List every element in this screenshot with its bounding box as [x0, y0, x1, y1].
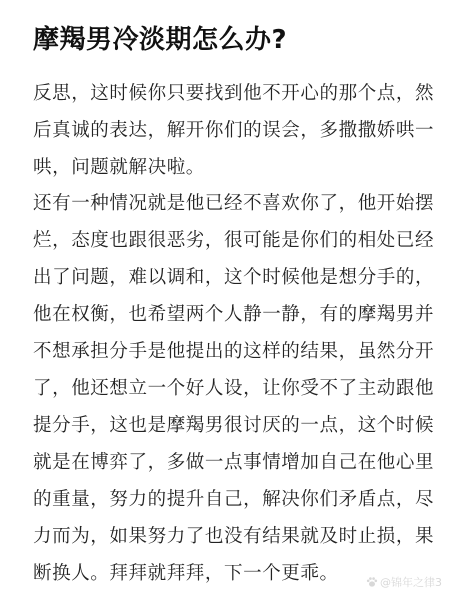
paw-icon: [366, 576, 378, 588]
paragraph-line: 反思，这时候你只要找到他不开心的那个点，然: [33, 75, 423, 112]
paragraph-line: 后真诚的表达，解开你们的误会，多撒撒娇哄一: [33, 112, 423, 149]
paragraph-line: 力而为，如果努力了也没有结果就及时止损，果: [33, 518, 423, 555]
paragraph-2: 还有一种情况就是他已经不喜欢你了，他开始摆 烂，态度也跟很恶劣，很可能是你们的相…: [33, 185, 423, 592]
document-page: 摩羯男冷淡期怎么办? 反思，这时候你只要找到他不开心的那个点，然 后真诚的表达，…: [0, 0, 450, 600]
paragraph-line: 还有一种情况就是他已经不喜欢你了，他开始摆: [33, 185, 423, 222]
paragraph-line: 他在权衡，也希望两个人静一静，有的摩羯男并: [33, 296, 423, 333]
watermark: @锦年之律3: [366, 574, 442, 590]
paragraph-line: 就是在博弈了，多做一点事情增加自己在他心里: [33, 444, 423, 481]
paragraph-line: 提分手，这也是摩羯男很讨厌的一点，这个时候: [33, 407, 423, 444]
watermark-text: @锦年之律3: [380, 574, 442, 590]
paragraph-line: 不想承担分手是他提出的这样的结果，虽然分开: [33, 333, 423, 370]
paragraph-line: 烂，态度也跟很恶劣，很可能是你们的相处已经: [33, 222, 423, 259]
paragraph-line: 的重量，努力的提升自己，解决你们矛盾点，尽: [33, 481, 423, 518]
document-title: 摩羯男冷淡期怎么办?: [33, 22, 287, 58]
paragraph-line: 哄，问题就解决啦。: [33, 149, 423, 186]
paragraph-line: 出了问题，难以调和，这个时候他是想分手的，: [33, 259, 423, 296]
paragraph-line: 断换人。拜拜就拜拜，下一个更乖。: [33, 555, 423, 592]
paragraph-line: 了，他还想立一个好人设，让你受不了主动跟他: [33, 370, 423, 407]
paragraph-1: 反思，这时候你只要找到他不开心的那个点，然 后真诚的表达，解开你们的误会，多撒撒…: [33, 75, 423, 186]
